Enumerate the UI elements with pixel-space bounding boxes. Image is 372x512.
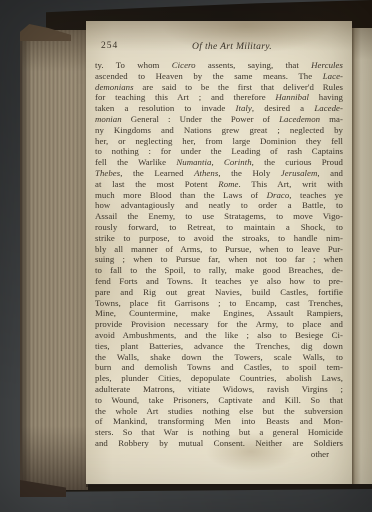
- text-line: much more Blood than the Laws of Draco, …: [95, 190, 343, 201]
- text-line: Mine, Countermine, make Engines, Assault…: [95, 308, 343, 319]
- text-line: how advantagiously and neatly to order a…: [95, 200, 343, 211]
- text-line: pare and Rig out great Navies, build Cas…: [95, 287, 343, 298]
- text-line: Thebes, the Learned Athens, the Holy Jer…: [95, 168, 343, 179]
- text-line: rously forward, to Retreat, to maintain …: [95, 222, 343, 233]
- running-title: Of the Art Military.: [95, 41, 343, 52]
- text-line: burn and demolish Towns and Castles, to …: [95, 362, 343, 373]
- text-line: and Robbery by mutual Consent. Neither a…: [95, 438, 343, 449]
- text-line: to fall to the Spoil, to rally, make goo…: [95, 265, 343, 276]
- text-line: bly all manner of Arms, to Pursue, when …: [95, 244, 343, 255]
- text-line: demonians are said to be the first that …: [95, 82, 343, 93]
- page-number: 254: [101, 41, 118, 51]
- text-line: to nothing : for under the Leading of ra…: [95, 146, 343, 157]
- text-line: ty. To whom Cicero assents, saying, that…: [95, 60, 343, 71]
- book-scan: 254 Of the Art Military. ty. To whom Cic…: [0, 0, 372, 512]
- text-line: fend Forts and Towns. It teaches ye also…: [95, 276, 343, 287]
- text-line: Assail the Enemy, to use Stratagems, to …: [95, 211, 343, 222]
- text-line: for teaching this Art ; and therefore Ha…: [95, 92, 343, 103]
- text-line: the Walls, shake down the Towers, scale …: [95, 352, 343, 363]
- book-gutter-page: [352, 28, 372, 484]
- text-line: adulterate Matrons, vitiate Widows, ravi…: [95, 384, 343, 395]
- text-line: sters. So that War is nothing but a gene…: [95, 427, 343, 438]
- book-page: 254 Of the Art Military. ty. To whom Cic…: [86, 21, 352, 484]
- text-line: provide Provision necessary for the Army…: [95, 319, 343, 330]
- text-line: Towns, place fit Garrisons ; to Encamp, …: [95, 298, 343, 309]
- text-line: fell the Warlike Numantia, Corinth, the …: [95, 157, 343, 168]
- text-line: of Mankind, transforming Men into Beasts…: [95, 416, 343, 427]
- catchword: other: [95, 449, 343, 460]
- text-line: avoid Ambushments, and the like ; also t…: [95, 330, 343, 341]
- text-line: suing ; when to Pursue far, when not too…: [95, 254, 343, 265]
- text-line: ties, plant Batteries, advance the Trenc…: [95, 341, 343, 352]
- text-line: the whole Art studies nothing else but t…: [95, 406, 343, 417]
- book-fore-edge-pages: [20, 30, 88, 490]
- text-line: monian General : Under the Power of Lace…: [95, 114, 343, 125]
- text-line: ples, plunder Cities, depopulate Countri…: [95, 373, 343, 384]
- body-text: ty. To whom Cicero assents, saying, that…: [95, 60, 343, 449]
- text-line: at last the most Potent Rome. This Art, …: [95, 179, 343, 190]
- text-line: her, or neglecting her, from large Domin…: [95, 136, 343, 147]
- text-line: ascended to Heaven by the same means. Th…: [95, 71, 343, 82]
- text-line: strike to purpose, to avoid the stroaks,…: [95, 233, 343, 244]
- text-line: to Wound, take Prisoners, Captivate and …: [95, 395, 343, 406]
- text-line: taken a resolution to invade Italy, desi…: [95, 103, 343, 114]
- page-header: 254 Of the Art Military.: [95, 41, 343, 53]
- text-line: ny Kingdoms and Nations grew great ; neg…: [95, 125, 343, 136]
